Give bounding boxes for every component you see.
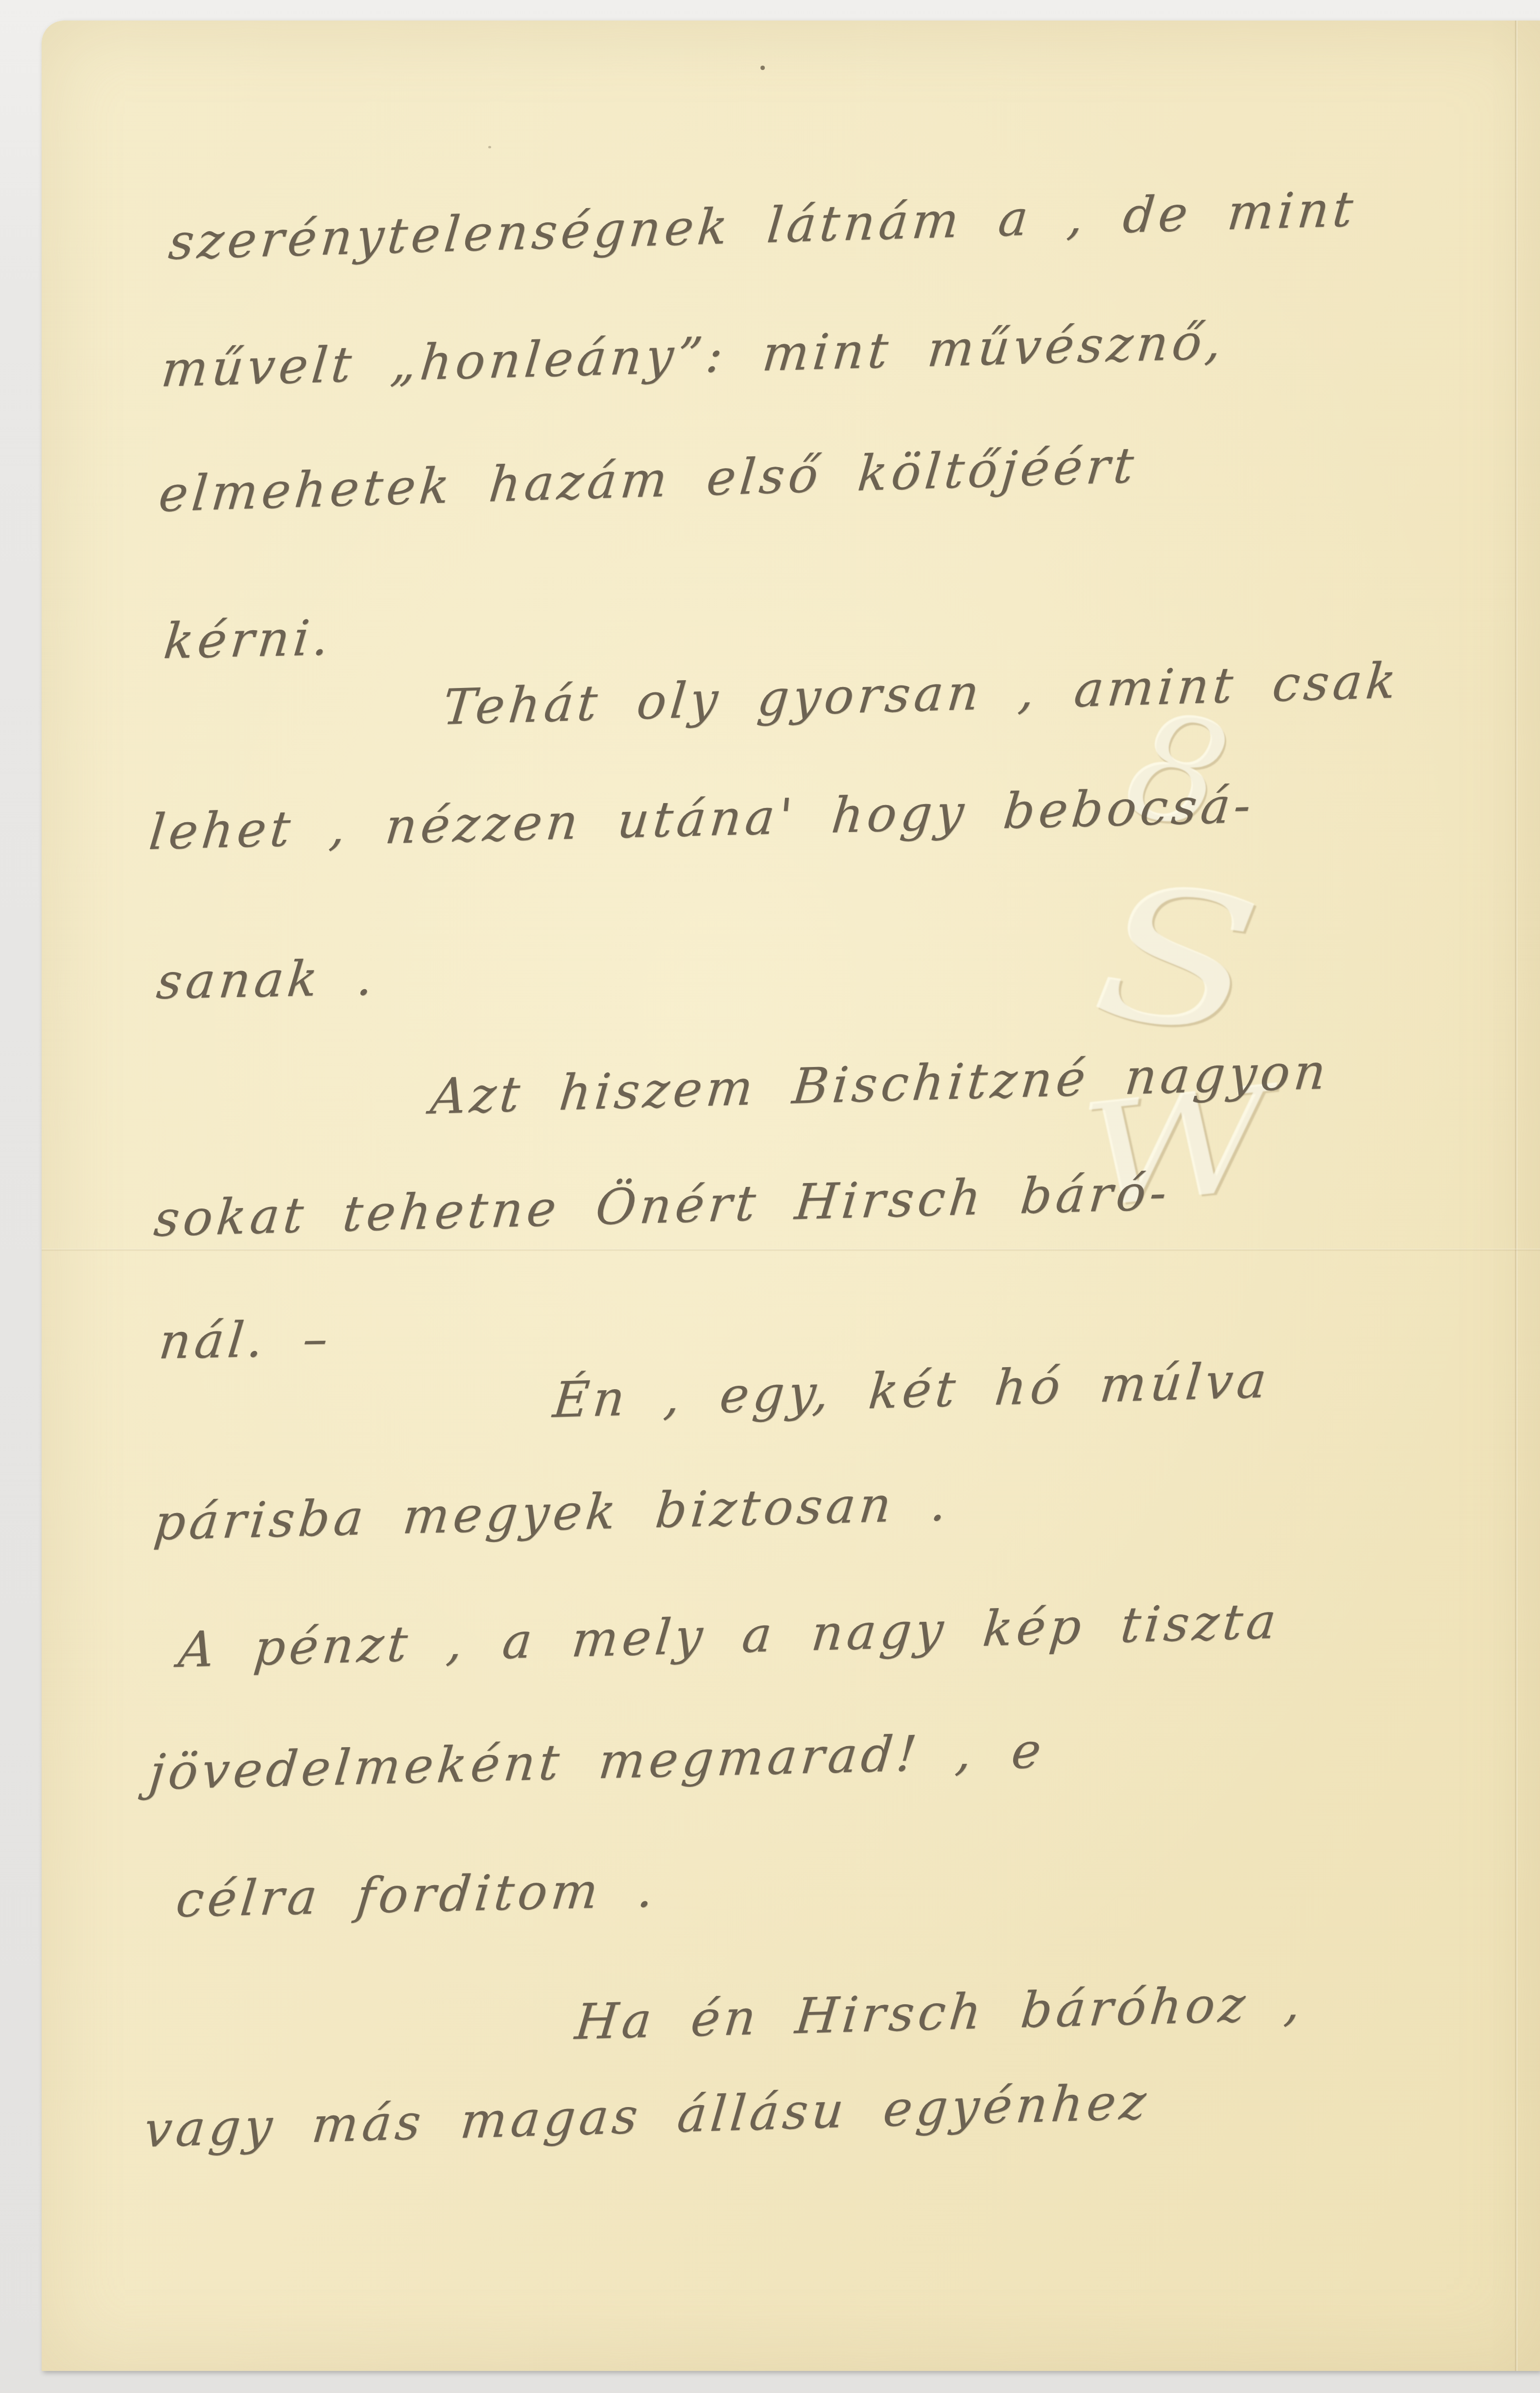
handwritten-line: kérni. — [162, 612, 335, 667]
horizontal-fold-crease — [42, 1249, 1540, 1251]
ink-speck — [488, 146, 491, 148]
handwritten-line: sanak . — [154, 952, 379, 1007]
ink-speck — [760, 66, 765, 70]
handwritten-line: lehet , nézzen utána' hogy bebocsá- — [147, 780, 1257, 858]
handwritten-line: Tehát oly gyorsan , amint csak — [441, 655, 1402, 733]
handwritten-line: A pénzt , a mely a nagy kép tiszta — [176, 1595, 1282, 1676]
handwritten-line: Én , egy, két hó múlva — [551, 1354, 1273, 1426]
handwritten-line: célra forditom . — [174, 1864, 660, 1925]
handwritten-line: elmehetek hazám első költőjéért — [157, 439, 1139, 520]
handwritten-line: szerénytelenségnek látnám a , de mint — [166, 183, 1359, 268]
handwritten-line: párisba megyek biztosan . — [152, 1477, 953, 1548]
handwritten-line: művelt „honleány”: mint művésznő, — [159, 316, 1228, 395]
handwritten-line: jövedelmeként megmarad! , e — [147, 1725, 1047, 1798]
handwritten-line: Azt hiszem Bischitzné nagyon — [428, 1045, 1332, 1122]
vertical-fold-crease — [1515, 21, 1518, 2371]
handwritten-line: nál. – — [157, 1313, 334, 1367]
handwritten-line: Ha én Hirsch báróhoz , — [573, 1977, 1307, 2048]
scan-background: 8 S W szerénytelenségnek látnám a , de m… — [0, 0, 1540, 2393]
handwritten-line: sokat tehetne Önért Hirsch báró- — [152, 1166, 1173, 1245]
letter-paper: 8 S W szerénytelenségnek látnám a , de m… — [42, 21, 1540, 2371]
handwritten-line: vagy más magas állásu egyénhez — [142, 2076, 1152, 2156]
